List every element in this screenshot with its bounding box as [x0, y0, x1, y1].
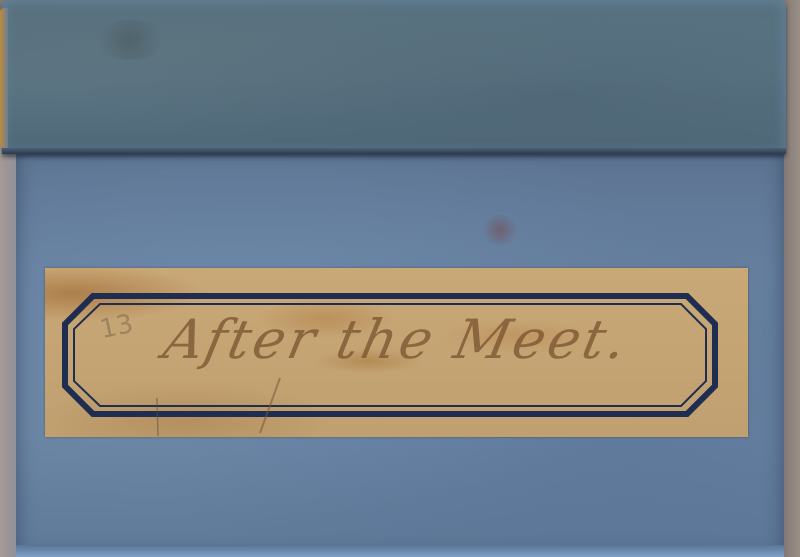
handwritten-title: After the Meet.	[158, 308, 635, 371]
box-label: 13 After the Meet.	[45, 268, 748, 437]
box-lid	[2, 0, 786, 154]
box-bottom-edge	[16, 545, 784, 557]
lid-edge-shadow	[2, 148, 786, 154]
lid-worn-corner	[0, 8, 8, 148]
